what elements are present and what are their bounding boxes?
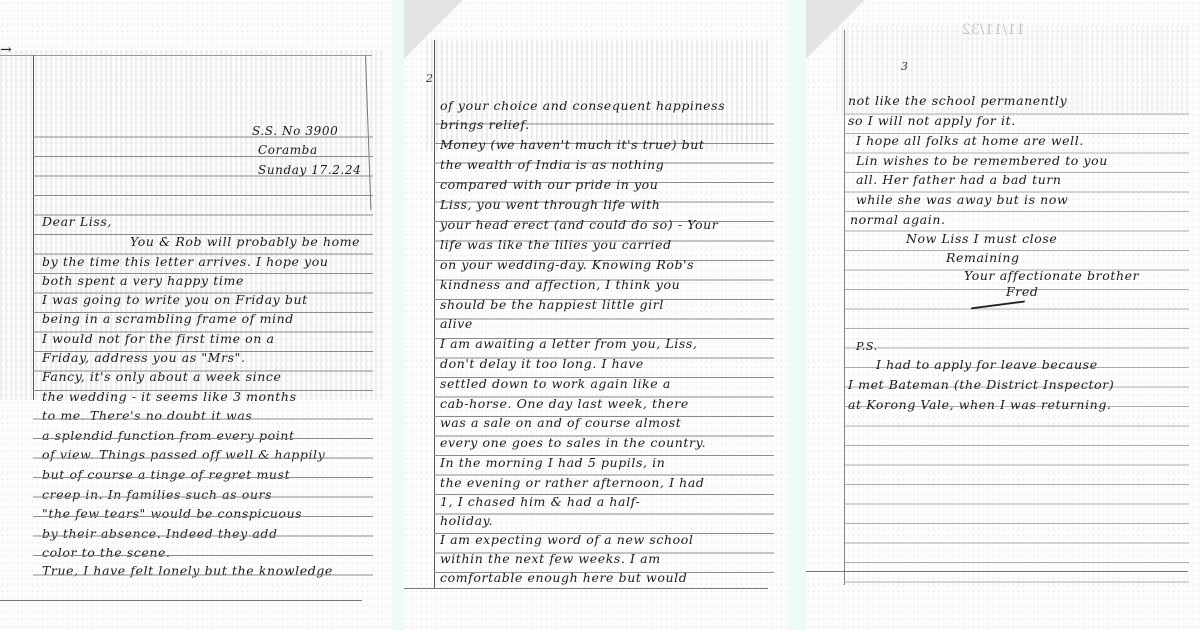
postscript-line: I had to apply for leave because <box>876 357 1098 372</box>
bleed-through-mark: 11/11/32 <box>962 22 1025 38</box>
text-line: Money (we haven't much it's true) but <box>440 137 705 152</box>
text-line: Fancy, it's only about a week since <box>42 369 282 384</box>
text-line: I am awaiting a letter from you, Liss, <box>440 336 698 351</box>
text-line: I would not for the first time on a <box>42 331 275 346</box>
text-line: being in a scrambling frame of mind <box>42 311 294 326</box>
text-line: don't delay it too long. I have <box>440 356 644 371</box>
page-number: 2 <box>426 72 433 85</box>
text-line: alive <box>440 316 473 331</box>
letter-location: Coramba <box>258 143 318 157</box>
text-line: brings relief. <box>440 117 530 132</box>
letter-page-1: → S.S. No 3900 Coramba Sunday 17.2.24 De… <box>0 0 392 630</box>
letter-date: Sunday 17.2.24 <box>258 163 361 177</box>
text-line: was a sale on and of course almost <box>440 415 681 430</box>
text-line: settled down to work again like a <box>440 376 671 391</box>
text-line: In the morning I had 5 pupils, in <box>440 455 665 470</box>
text-line: cab-horse. One day last week, there <box>440 396 689 411</box>
text-line: should be the happiest little girl <box>440 297 664 312</box>
salutation: Dear Liss, <box>42 214 112 229</box>
text-line: normal again. <box>850 212 946 227</box>
text-line: the wealth of India is as nothing <box>440 157 664 172</box>
text-line: Friday, address you as "Mrs". <box>42 350 246 365</box>
ruled-lines <box>844 95 1189 585</box>
text-line: kindness and affection, I think you <box>440 277 680 292</box>
text-line: 1, I chased him & had a half- <box>440 494 640 509</box>
text-line: on your wedding-day. Knowing Rob's <box>440 257 694 272</box>
text-line: I am expecting word of a new school <box>440 532 693 547</box>
text-line: the evening or rather afternoon, I had <box>440 475 705 490</box>
letter-address: S.S. No 3900 <box>252 124 338 138</box>
postscript-label: P.S. <box>856 340 878 353</box>
text-line: holiday. <box>440 513 493 528</box>
closing-affectionate: Your affectionate brother <box>964 268 1139 283</box>
text-line: life was like the lilies you carried <box>440 237 672 252</box>
text-line: while she was away but is now <box>856 192 1068 207</box>
postscript-line: at Korong Vale, when I was returning. <box>848 397 1112 412</box>
text-line: of your choice and consequent happiness <box>440 98 725 113</box>
text-line: within the next few weeks. I am <box>440 551 661 566</box>
text-line: compared with our pride in you <box>440 177 658 192</box>
text-line: both spent a very happy time <box>42 273 244 288</box>
text-line: comfortable enough here but would <box>440 570 687 585</box>
text-line: by the time this letter arrives. I hope … <box>42 254 329 269</box>
text-line: Liss, you went through life with <box>440 197 660 212</box>
closing-line: Now Liss I must close <box>906 231 1057 246</box>
text-line: all. Her father had a bad turn <box>856 172 1062 187</box>
closing-remaining: Remaining <box>946 250 1020 265</box>
text-line: I hope all folks at home are well. <box>856 133 1084 148</box>
text-line: every one goes to sales in the country. <box>440 435 706 450</box>
page-bottom-edge <box>404 588 768 589</box>
page-bottom-edge <box>806 571 1188 572</box>
postscript-line: I met Bateman (the District Inspector) <box>848 377 1114 392</box>
letter-page-2: 2 of your choice and consequent happines… <box>404 0 788 630</box>
ruled-lines <box>33 400 373 585</box>
page-number: 3 <box>901 60 908 73</box>
page-top-edge <box>0 55 372 56</box>
letter-page-3: 11/11/32 3 not like the school permanent… <box>806 0 1200 630</box>
text-line: your head erect (and could do so) - Your <box>440 217 718 232</box>
text-line: so I will not apply for it. <box>848 113 1016 128</box>
text-line: not like the school permanently <box>848 93 1067 108</box>
text-line: You & Rob will probably be home <box>130 234 360 249</box>
text-line: Lin wishes to be remembered to you <box>856 153 1108 168</box>
page-bottom-edge <box>0 600 362 601</box>
text-line: I was going to write you on Friday but <box>42 292 308 307</box>
